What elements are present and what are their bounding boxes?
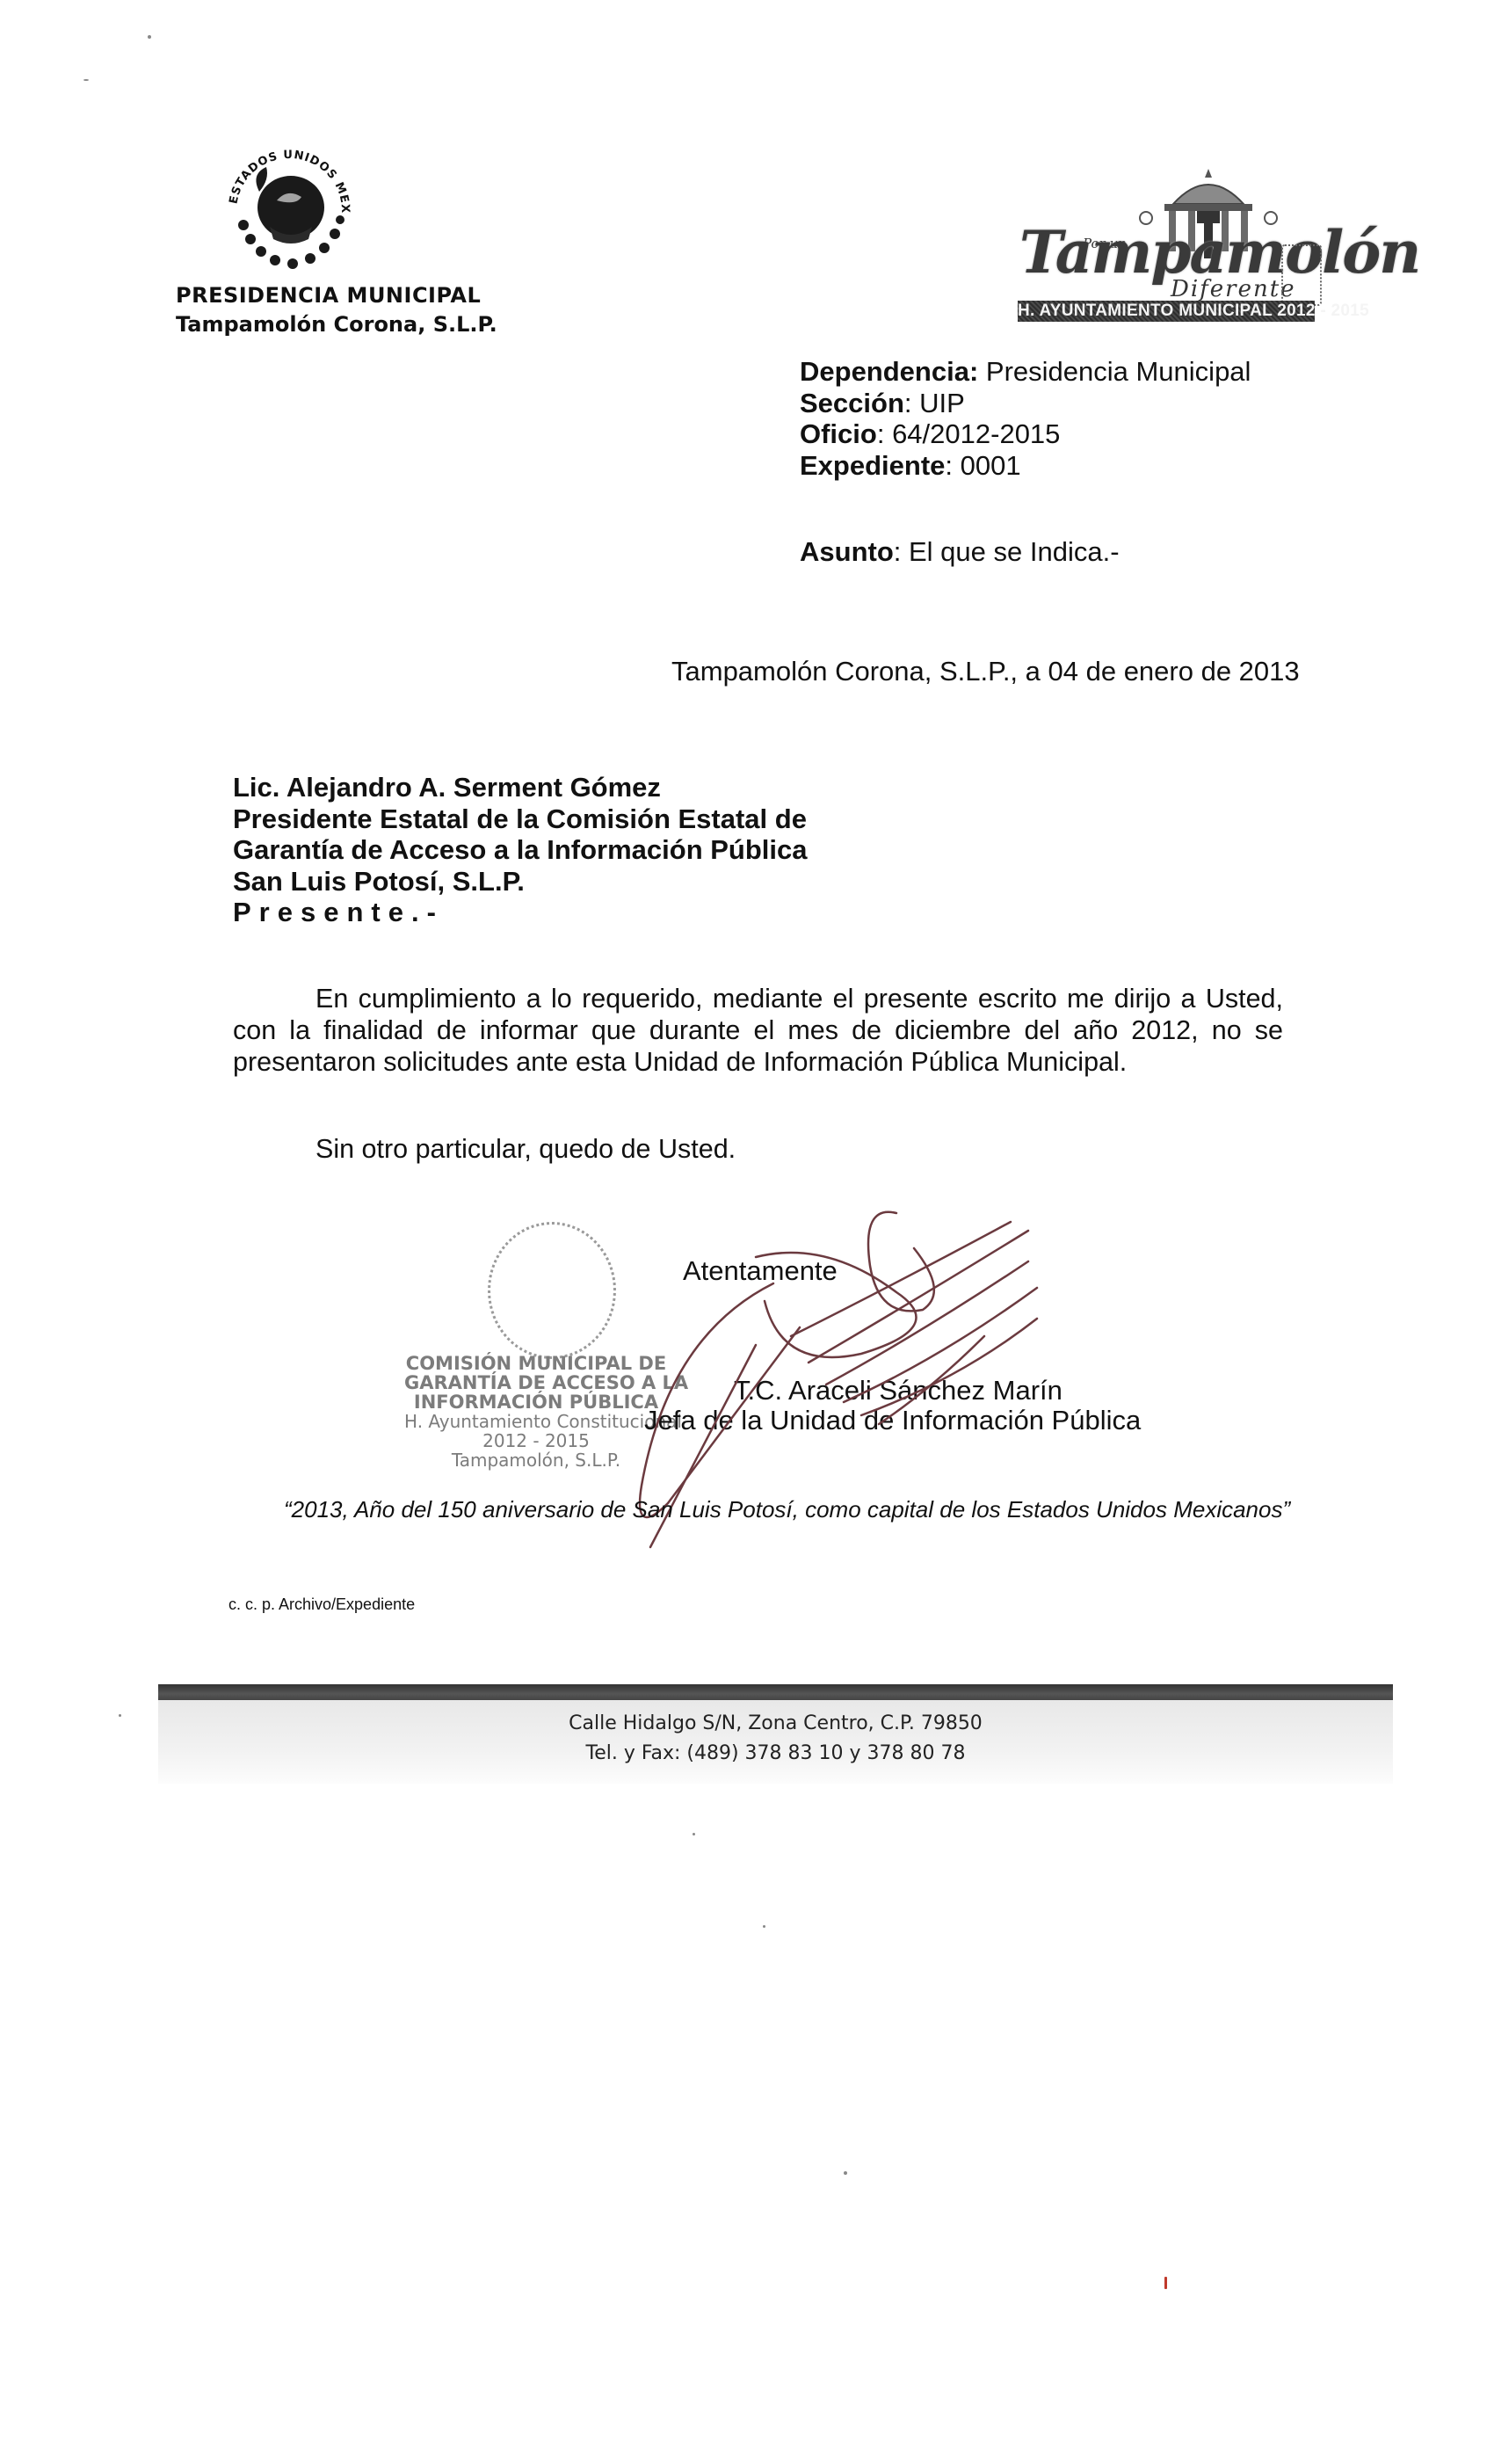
signer-title: Jefa de la Unidad de Información Pública — [644, 1405, 1141, 1436]
motto-line: “2013, Año del 150 aniversario de San Lu… — [284, 1496, 1290, 1523]
scan-speck — [119, 1714, 121, 1717]
footer-bar — [158, 1684, 1393, 1700]
ref-dependencia: Dependencia: Presidencia Municipal — [800, 356, 1251, 388]
carbon-copy-line: c. c. p. Archivo/Expediente — [228, 1595, 415, 1614]
ref-seccion: Sección: UIP — [800, 388, 1251, 419]
subject-line: Asunto: El que se Indica.- — [800, 536, 1120, 568]
footer-contact: Calle Hidalgo S/N, Zona Centro, C.P. 798… — [158, 1709, 1393, 1769]
ref-oficio: Oficio: 64/2012-2015 — [800, 418, 1251, 450]
stamp-line: GARANTÍA DE ACCESO A LA — [404, 1373, 668, 1392]
body-paragraph: En cumplimiento a lo requerido, mediante… — [233, 983, 1283, 1078]
closing-line: Sin otro particular, quedo de Usted. — [315, 1134, 736, 1165]
stamp-line: H. Ayuntamiento Constitucional — [404, 1412, 668, 1431]
addressee-location: San Luis Potosí, S.L.P. — [233, 866, 808, 898]
stamp-line: COMISIÓN MUNICIPAL DE — [404, 1354, 668, 1373]
date-line: Tampamolón Corona, S.L.P., a 04 de enero… — [671, 656, 1281, 687]
scan-speck — [148, 35, 151, 39]
addressee-position-2: Garantía de Acceso a la Información Públ… — [233, 834, 808, 866]
salutation: Atentamente — [683, 1255, 838, 1287]
municipal-logo: Por un Tampamolón Diferente H. AYUNTAMIE… — [1002, 167, 1323, 325]
stamp-line: INFORMACIÓN PÚBLICA — [404, 1392, 668, 1412]
addressee-presente: Presente.- — [233, 897, 808, 928]
scan-speck — [83, 79, 89, 81]
scan-speck — [693, 1833, 695, 1835]
scan-speck — [1164, 2277, 1167, 2289]
logo-tagline-bottom: Diferente — [1171, 276, 1296, 302]
office-city: Tampamolón Corona, S.L.P. — [176, 312, 497, 337]
reference-block: Dependencia: Presidencia Municipal Secci… — [800, 356, 1251, 481]
addressee-block: Lic. Alejandro A. Serment Gómez Presiden… — [233, 772, 808, 928]
national-seal-icon: ESTADOS UNIDOS MEXICANOS — [224, 139, 354, 280]
scan-speck — [844, 2171, 847, 2175]
stamp-seal-icon — [488, 1222, 616, 1359]
letter-body: En cumplimiento a lo requerido, mediante… — [233, 983, 1283, 1078]
logo-band: H. AYUNTAMIENTO MUNICIPAL 2012 - 2015 — [1018, 301, 1315, 322]
stamp-line: Tampamolón, S.L.P. — [404, 1450, 668, 1470]
footer-phone: Tel. y Fax: (489) 378 83 10 y 378 80 78 — [158, 1739, 1393, 1769]
footer-address: Calle Hidalgo S/N, Zona Centro, C.P. 798… — [158, 1709, 1393, 1739]
signer-name: T.C. Araceli Sánchez Marín — [734, 1375, 1062, 1406]
official-stamp: COMISIÓN MUNICIPAL DE GARANTÍA DE ACCESO… — [404, 1213, 668, 1486]
municipal-crest-icon — [1281, 244, 1322, 306]
stamp-line: 2012 - 2015 — [404, 1431, 668, 1450]
scan-speck — [763, 1925, 765, 1928]
addressee-position-1: Presidente Estatal de la Comisión Estata… — [233, 803, 808, 835]
addressee-name: Lic. Alejandro A. Serment Gómez — [233, 772, 808, 803]
ref-expediente: Expediente: 0001 — [800, 450, 1251, 482]
office-title: PRESIDENCIA MUNICIPAL — [176, 283, 481, 308]
